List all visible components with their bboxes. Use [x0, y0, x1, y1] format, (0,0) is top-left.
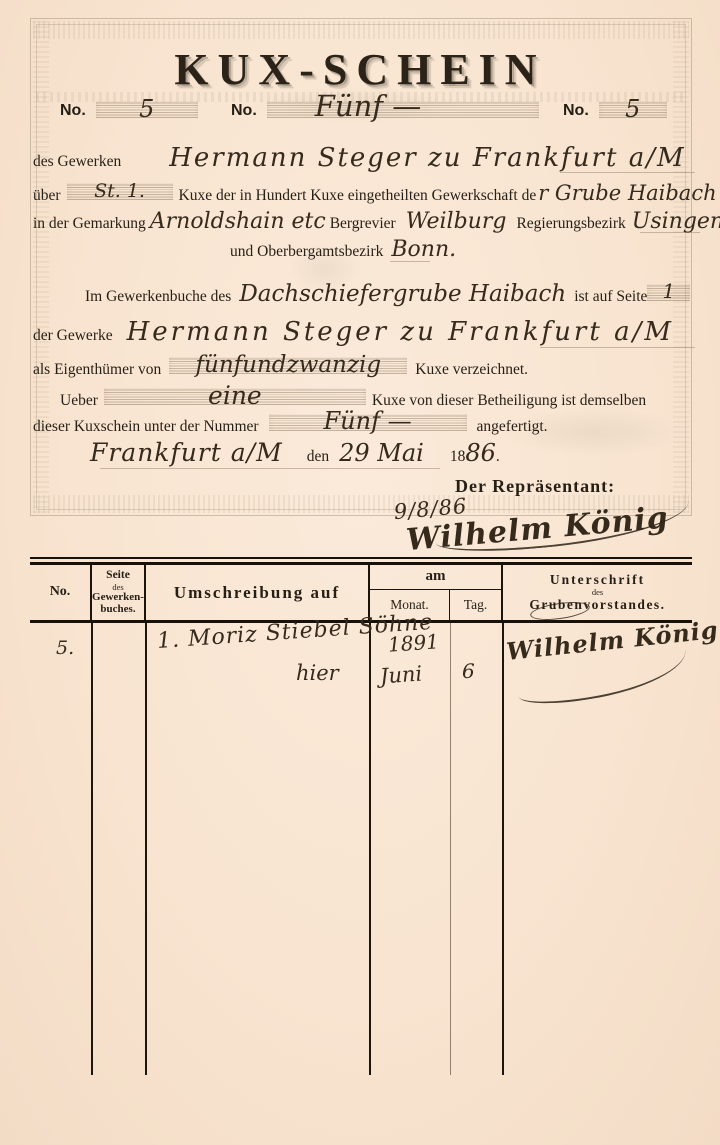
no-label: No. [231, 102, 257, 119]
number-words-value: Fünf — [267, 89, 539, 123]
number-value: 5 [96, 95, 198, 123]
printed-text: dieser Kuxschein unter der Nummer [33, 418, 259, 436]
count-field: St. 1. [67, 183, 173, 200]
column-divider [91, 623, 93, 1075]
printed-text: über [33, 187, 61, 205]
owner-line: des Gewerken Hermann Steger zu Frankfurt… [33, 143, 686, 175]
baseline-rule [100, 468, 440, 469]
handwritten-owner: Hermann Steger zu Frankfurt a/M [169, 143, 685, 173]
number-field: 5 [96, 101, 198, 118]
printed-text: 18 [450, 448, 466, 466]
printed-text: Ueber [60, 392, 98, 410]
baseline-rule [560, 172, 695, 173]
printed-text: und Oberbergamtsbezirk [230, 243, 383, 261]
printed-text: des Gewerken [33, 153, 121, 171]
col-header-tag: Tag. [450, 590, 501, 620]
district-line: in der Gemarkung Arnoldshain etc Bergrev… [33, 209, 720, 237]
printed-text: angefertigt. [477, 418, 548, 436]
gewerke-line: der Gewerke Hermann Steger zu Frankfurt … [33, 317, 674, 349]
handwritten-city: Frankfurt a/M [90, 438, 283, 467]
printed-text: Regierungsbezirk [516, 215, 625, 233]
row-no: 5. [56, 637, 74, 659]
table-top-border [30, 557, 692, 565]
col-header-no: No. [30, 565, 92, 620]
baseline-rule [640, 232, 700, 233]
handwritten-bergrevier: Weilburg [406, 209, 507, 234]
handwritten-regbezirk: Usingen [632, 209, 720, 234]
col-header-label: Seite [106, 569, 130, 581]
handwritten-eine: eine [104, 381, 366, 410]
row-month: Juni [379, 662, 423, 689]
ueber-field: eine [104, 388, 366, 405]
transfer-table: No. Seite des Gewerken- buches. Umschrei… [30, 557, 692, 1120]
printed-text: ist auf Seite [574, 288, 647, 306]
col-header-sublabel: des [592, 588, 603, 597]
col-header-label: buches. [100, 604, 135, 616]
table-body: 5. 1. Moriz Stiebel Söhne hier 1891 Juni… [30, 623, 692, 1120]
gewerkenbuch-line: Im Gewerkenbuche des Dachschiefergrube H… [85, 281, 690, 311]
column-divider [369, 623, 371, 1075]
row-umschreibung-place: hier [296, 661, 339, 685]
printed-text: Kuxe verzeichnet. [415, 361, 528, 379]
row-day: 6 [462, 659, 475, 683]
no-label: No. [60, 102, 86, 119]
handwritten-year: 86 [465, 439, 496, 467]
nummer-field: Fünf — [269, 414, 467, 431]
column-divider [145, 623, 147, 1075]
certificate-number-left: No. 5 [60, 101, 198, 120]
handwritten-oberbergamt: Bonn. [391, 237, 456, 262]
handwritten-count: St. 1. [67, 180, 173, 202]
am-label: am [370, 565, 501, 590]
certificate-number-words: No. Fünf — [231, 101, 539, 120]
handwritten-seite: 1 [647, 279, 690, 303]
printed-text: Kuxe der in Hundert Kuxe eingetheilten G… [179, 187, 537, 205]
column-divider [502, 623, 504, 1075]
col-header-sublabel: des [112, 583, 123, 592]
scanned-certificate: { "header": { "title": "KUX-SCHEIN", "no… [0, 0, 720, 1145]
row-year: 1891 [387, 629, 439, 656]
seite-field: 1 [647, 284, 690, 301]
handwritten-gewerke: Hermann Steger zu Frankfurt a/M [127, 317, 674, 347]
handwritten-nummer: Fünf — [269, 407, 467, 435]
col-header-seite: Seite des Gewerken- buches. [92, 565, 146, 620]
printed-text: Im Gewerkenbuche des [85, 288, 231, 306]
baseline-rule [540, 347, 695, 348]
col-header-label: Unterschrift [550, 573, 645, 587]
anzahl-field: fünfundzwanzig [169, 357, 407, 374]
frame-top-band [33, 21, 689, 39]
number-value: 5 [599, 95, 667, 123]
printed-text: . [496, 448, 500, 466]
printed-text: als Eigenthümer von [33, 361, 161, 379]
col-header-label: No. [50, 585, 71, 600]
number-words-field: Fünf — [267, 101, 539, 118]
printed-text: den [307, 448, 329, 466]
no-label: No. [563, 102, 589, 119]
printed-text: der Gewerke [33, 327, 113, 345]
handwritten-day-month: 29 Mai [339, 439, 424, 467]
number-field: 5 [599, 101, 667, 118]
document-title: KUX-SCHEIN [0, 44, 720, 95]
col-header-umschreibung: Umschreibung auf [146, 565, 370, 620]
handwritten-anzahl: fünfundzwanzig [169, 352, 407, 378]
handwritten-grube: Dachschiefergrube Haibach [239, 281, 566, 307]
printed-text: in der Gemarkung [33, 215, 146, 233]
oberbergamt-line: und Oberbergamtsbezirk Bonn. [230, 237, 456, 263]
col-header-label: Umschreibung auf [174, 584, 340, 602]
date-line: Frankfurt a/M den 29 Mai 18 86 . [90, 438, 500, 470]
printed-text: Bergrevier [330, 215, 396, 233]
kuxe-count-line: über St. 1. Kuxe der in Hundert Kuxe ein… [33, 181, 717, 207]
certificate-number-right: No. 5 [563, 101, 667, 120]
baseline-rule [390, 261, 430, 262]
column-divider [450, 623, 451, 1075]
handwritten-mine-name: r Grube Haibach [538, 181, 716, 205]
handwritten-gemarkung: Arnoldshain etc [150, 209, 326, 234]
